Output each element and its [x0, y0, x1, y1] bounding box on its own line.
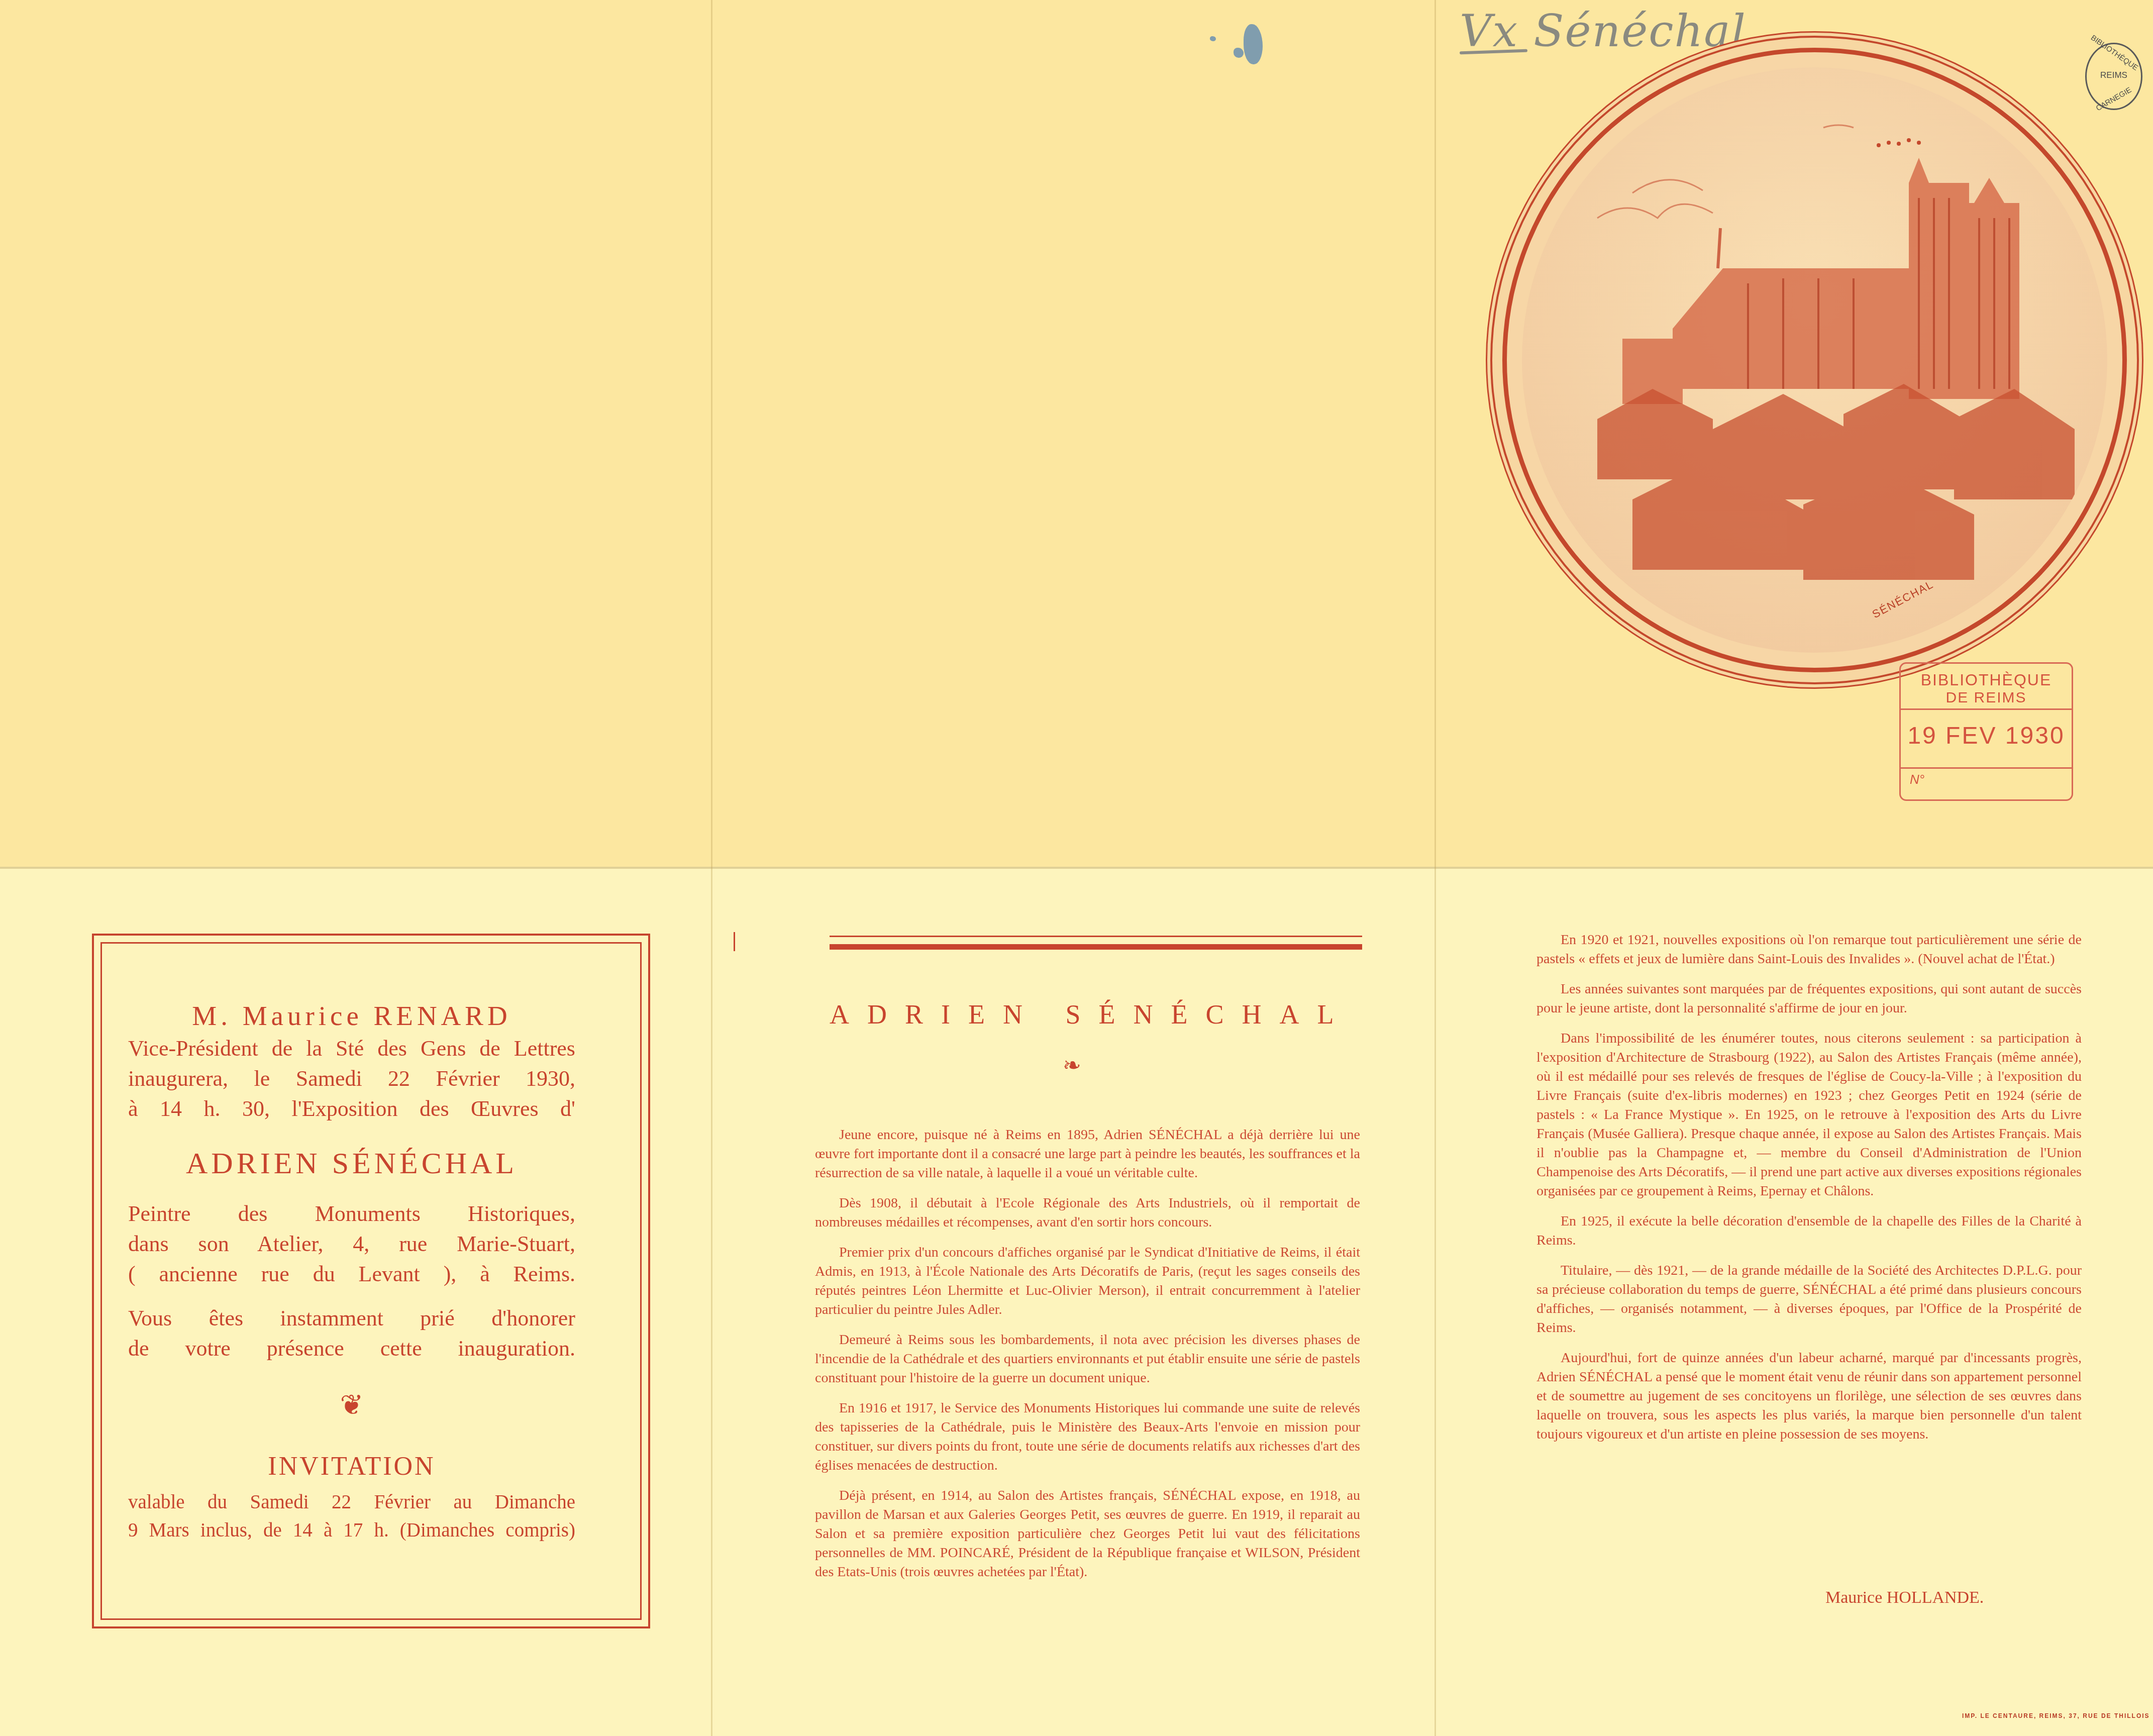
stamp-text-top: BIBLIOTHÈQUE: [2089, 34, 2138, 72]
ink-stain: [1210, 36, 1216, 41]
host-name: M. Maurice RENARD: [128, 1000, 575, 1032]
biography-paragraph: Aujourd'hui, fort de quinze années d'un …: [1536, 1349, 2082, 1444]
invitation-heading: INVITATION: [128, 1452, 575, 1481]
biography-paragraph: En 1920 et 1921, nouvelles expositions o…: [1536, 931, 2082, 969]
request-line: de votre présence cette inauguration.: [128, 1334, 575, 1364]
request-line: Vous êtes instamment prié d'honorer: [128, 1303, 575, 1334]
handwritten-catalog-note: Vx Sénéchal.: [1460, 5, 1762, 57]
floral-ornament-icon: ❦: [128, 1389, 575, 1421]
biography-paragraph: Premier prix d'un concours d'affiches or…: [815, 1243, 1360, 1319]
validity-line: 9 Mars inclus, de 14 à 17 h. (Dimanches …: [128, 1516, 575, 1545]
biography-column-left: Jeune encore, puisque né à Reims en 1895…: [815, 1126, 1360, 1593]
biography-column-right: En 1920 et 1921, nouvelles expositions o…: [1536, 931, 2082, 1455]
fold-line: [711, 0, 712, 867]
stamp-date: 19 FEV 1930: [1901, 722, 2072, 769]
biography-paragraph: En 1925, il exécute la belle décoration …: [1536, 1212, 2082, 1250]
address-line: Peintre des Monuments Historiques,: [128, 1199, 575, 1229]
biography-paragraph: Demeuré à Reims sous les bombardements, …: [815, 1331, 1360, 1388]
printer-imprint: IMP. LE CENTAURE, REIMS, 37, RUE DE THIL…: [1962, 1712, 2150, 1719]
library-date-stamp: BIBLIOTHÈQUE DE REIMS 19 FEV 1930 N°: [1899, 662, 2073, 801]
stamp-library-city: DE REIMS: [1901, 689, 2072, 710]
invitation-line: Vice-Président de la Sté des Gens de Let…: [128, 1034, 575, 1064]
fold-line: [0, 867, 2153, 869]
scroll-ornament-icon: ❧: [1063, 1053, 1081, 1078]
invitation-line: à 14 h. 30, l'Exposition des Œuvres d': [128, 1094, 575, 1124]
validity-line: valable du Samedi 22 Février au Dimanche: [128, 1488, 575, 1516]
cathedral-medallion-illustration: [1502, 48, 2127, 672]
biography-paragraph: En 1916 et 1917, le Service des Monument…: [815, 1399, 1360, 1475]
biography-paragraph: Dès 1908, il débutait à l'Ecole Régional…: [815, 1194, 1360, 1232]
fold-line: [1434, 867, 1436, 1736]
address-line: ( ancienne rue du Levant ), à Reims.: [128, 1259, 575, 1289]
margin-mark: [734, 932, 735, 951]
cathedral-drawing: [1522, 67, 2107, 653]
stamp-library-name: BIBLIOTHÈQUE: [1901, 671, 2072, 689]
artist-name: ADRIEN SÉNÉCHAL: [128, 1146, 575, 1181]
biography-paragraph: Jeune encore, puisque né à Reims en 1895…: [815, 1126, 1360, 1183]
biography-title: ADRIEN SÉNÉCHAL: [830, 999, 1363, 1030]
biography-paragraph: Dans l'impossibilité de les énumérer tou…: [1536, 1029, 2082, 1201]
cathedral-sketch-icon: [1522, 67, 2107, 653]
header-rule-thick: [830, 944, 1362, 950]
address-line: dans son Atelier, 4, rue Marie-Stuart,: [128, 1229, 575, 1259]
brochure-outer-side: Vx Sénéchal. BIBLIOTHÈQUE REIMS CARNEGIE: [0, 0, 2153, 867]
biography-paragraph: Titulaire, — dès 1921, — de la grande mé…: [1536, 1261, 2082, 1338]
biography-paragraph: Déjà présent, en 1914, au Salon des Arti…: [815, 1486, 1360, 1582]
invitation-line: inaugurera, le Samedi 22 Février 1930,: [128, 1064, 575, 1094]
stamp-number-label: N°: [1910, 772, 2072, 787]
fold-line: [1434, 0, 1436, 867]
author-signature: Maurice HOLLANDE.: [1825, 1588, 1984, 1607]
ink-stain: [1234, 48, 1244, 58]
invitation-card: M. Maurice RENARD Vice-Président de la S…: [128, 1000, 575, 1545]
ink-stain: [1244, 24, 1263, 64]
fold-line: [711, 867, 712, 1736]
header-rule-thin: [830, 936, 1362, 937]
biography-paragraph: Les années suivantes sont marquées par d…: [1536, 980, 2082, 1018]
